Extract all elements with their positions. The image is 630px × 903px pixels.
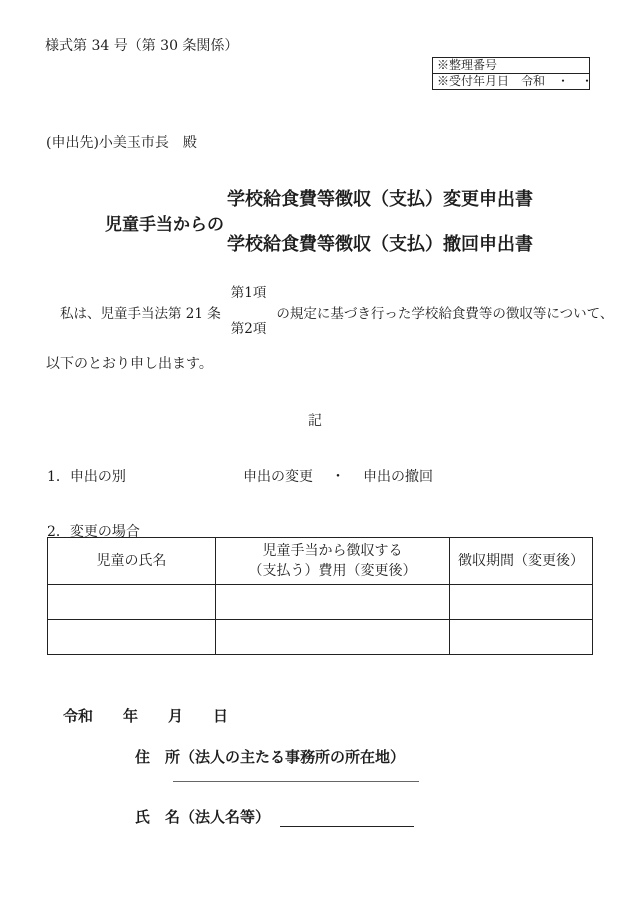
table-row (48, 620, 593, 655)
table-header-row: 児童の氏名 児童手当から徴収する （支払う）費用（変更後） 徴収期間（変更後） (48, 538, 593, 585)
cell-period (450, 620, 593, 655)
option-change: 申出の変更 (243, 466, 313, 486)
name-blank-line (280, 810, 414, 827)
title-lines: 学校給食費等徴収（支払）変更申出書 学校給食費等徴収（支払）撤回申出書 (227, 188, 533, 257)
ki-heading: 記 (0, 410, 630, 430)
law-clause-stack: 第1項 第2項 (231, 284, 267, 339)
name-line: 氏 名（法人名等） (135, 806, 414, 827)
option-withdraw: 申出の撤回 (363, 466, 433, 486)
serial-number-row: ※整理番号 (433, 58, 589, 73)
cell-fee (216, 585, 450, 620)
office-use-box: ※整理番号 ※受付年月日 令和 ・ ・ (432, 57, 590, 90)
title-change: 学校給食費等徴収（支払）変更申出書 (227, 188, 533, 211)
addressee-line: (申出先)小美玉市長 殿 (46, 132, 197, 152)
received-date-row: ※受付年月日 令和 ・ ・ (433, 73, 589, 89)
clause-paragraph-1: 第1項 (231, 284, 267, 303)
option-separator-dot: ・ (331, 466, 345, 486)
col-header-child-name: 児童の氏名 (48, 538, 216, 585)
document-title: 児童手当からの 学校給食費等徴収（支払）変更申出書 学校給食費等徴収（支払）撤回… (105, 188, 533, 257)
cell-child-name (48, 585, 216, 620)
date-line: 令和 年 月 日 (63, 705, 228, 726)
cell-period (450, 585, 593, 620)
intro-paragraph: 私は、児童手当法第 21 条 第1項 第2項 の規定に基づき行った学校給食費等の… (60, 284, 613, 339)
name-label: 氏 名（法人名等） (135, 806, 270, 827)
form-number: 様式第 34 号（第 30 条関係） (45, 38, 238, 55)
cell-child-name (48, 620, 216, 655)
address-blank-line (173, 781, 419, 782)
intro-right-text: の規定に基づき行った学校給食費等の徴収等について、 (276, 302, 613, 322)
table-row (48, 585, 593, 620)
intro-left-text: 私は、児童手当法第 21 条 (60, 302, 221, 322)
col-header-fee-after-change: 児童手当から徴収する （支払う）費用（変更後） (216, 538, 450, 585)
intro-continuation: 以下のとおり申し出ます。 (46, 353, 213, 373)
address-label: 住 所（法人の主たる事務所の所在地） (135, 746, 405, 767)
item1-options: 申出の変更 ・ 申出の撤回 (243, 466, 433, 486)
change-table: 児童の氏名 児童手当から徴収する （支払う）費用（変更後） 徴収期間（変更後） (47, 537, 593, 655)
title-withdraw: 学校給食費等徴収（支払）撤回申出書 (227, 233, 533, 256)
item1-label: 1．申出の別 (47, 466, 126, 486)
title-prefix: 児童手当からの (105, 210, 224, 235)
col-header-collection-period: 徴収期間（変更後） (450, 538, 593, 585)
cell-fee (216, 620, 450, 655)
document-page: 様式第 34 号（第 30 条関係） ※整理番号 ※受付年月日 令和 ・ ・ (… (0, 0, 630, 903)
clause-paragraph-2: 第2項 (231, 320, 267, 339)
